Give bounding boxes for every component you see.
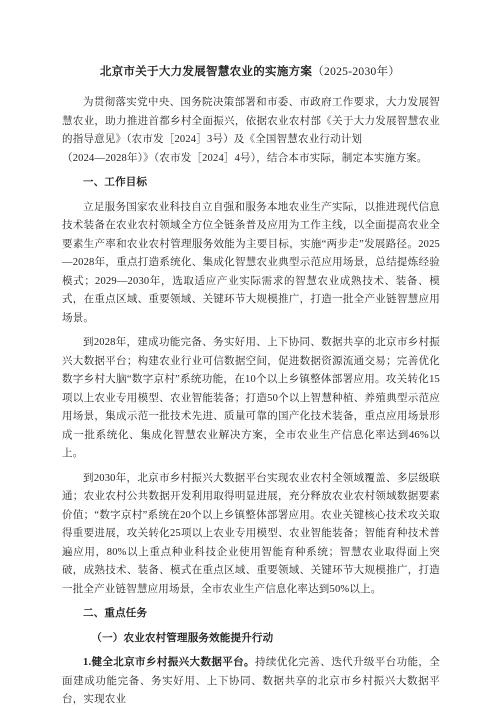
intro-text-part2: （2024—2028年）》（农市发［2024］4号），结合本市实际，制定本实施方… (62, 153, 427, 164)
document-title-main: 北京市关于大力发展智慧农业的实施方案 (100, 66, 312, 78)
document-title-suffix: （2025-2030年） (312, 66, 400, 78)
paragraph-target-2028: 到2028年，建成功能完备、务实好用、上下协同、数据共享的北京市乡村振兴大数据平… (62, 334, 440, 464)
document-title: 北京市关于大力发展智慧农业的实施方案（2025-2030年） (0, 64, 500, 80)
document-body: 为贯彻落实党中央、国务院决策部署和市委、市政府工作要求，大力发展智慧农业，助力推… (62, 94, 440, 707)
heading-key-tasks: 二、重点任务 (62, 605, 440, 624)
task1-lead-text: 1.健全北京市乡村振兴大数据平台。 (83, 657, 255, 668)
paragraph-task1: 1.健全北京市乡村振兴大数据平台。持续优化完善、迭代升级平台功能，全面建成功能完… (62, 654, 440, 707)
paragraph-goals-overview: 立足服务国家农业科技自立自强和服务本地农业生产实际，以推进现代信息技术装备在农业… (62, 199, 440, 329)
paragraph-intro: 为贯彻落实党中央、国务院决策部署和市委、市政府工作要求，大力发展智慧农业，助力推… (62, 94, 440, 168)
paragraph-target-2030: 到2030年，北京市乡村振兴大数据平台实现农业农村全领域覆盖、多层级联通；农业农… (62, 470, 440, 600)
heading-task-section1: （一）农业农村管理服务效能提升行动 (62, 630, 440, 649)
heading-work-goals: 一、工作目标 (62, 174, 440, 193)
document-page: 北京市关于大力发展智慧农业的实施方案（2025-2030年） 为贯彻落实党中央、… (0, 0, 500, 707)
intro-text-part1: 为贯彻落实党中央、国务院决策部署和市委、市政府工作要求，大力发展智慧农业，助力推… (62, 97, 440, 145)
